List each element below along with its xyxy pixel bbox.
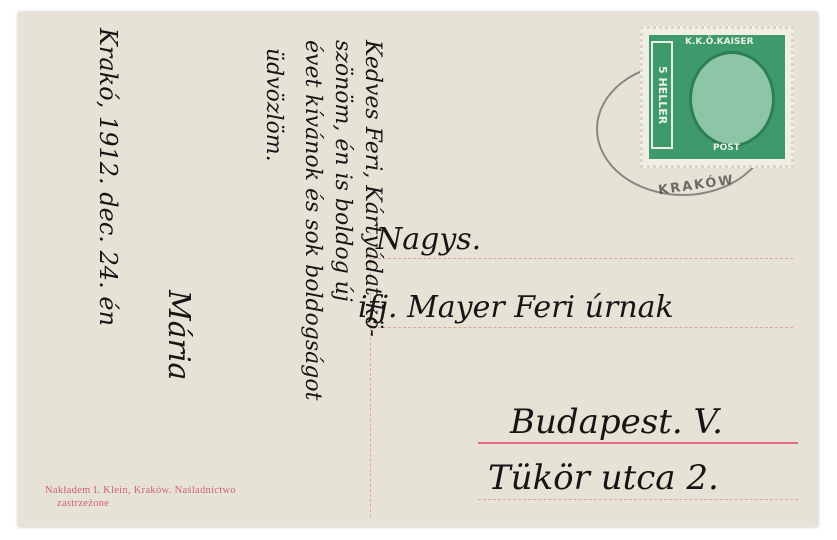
address-line-4: Tükör utca 2.	[488, 458, 719, 498]
stamp-portrait-icon	[689, 51, 775, 147]
publisher-imprint: Nakładem I. Klein, Kraków. Naśladnictwo …	[45, 484, 236, 510]
imprint-line-2: zastrzeżone	[45, 497, 236, 510]
address-rule-2	[373, 327, 793, 328]
stamp-face: 5 HELLER K.K.Ö.KAISER POST	[649, 35, 785, 159]
address-rule-4	[478, 499, 798, 500]
message-line-2: szönöm, én is boldog új	[330, 40, 355, 302]
stamp-legend-bottom: POST	[713, 143, 740, 153]
stamp-legend-top: K.K.Ö.KAISER	[685, 37, 754, 47]
message-signature: Mária	[161, 290, 196, 380]
postage-stamp: 5 HELLER K.K.Ö.KAISER POST	[640, 26, 794, 168]
address-rule-1	[373, 258, 793, 259]
address-line-3: Budapest. V.	[510, 402, 723, 442]
address-line-2: ifj. Mayer Feri úrnak	[358, 290, 674, 325]
imprint-line-1: Nakładem I. Klein, Kraków. Naśladnictwo	[45, 485, 236, 496]
message-line-1: Kedves Feri, Kártyádat kö-	[360, 40, 385, 337]
message-dateline: Krakó, 1912. dec. 24. én	[94, 28, 122, 326]
address-line-1: Nagys.	[376, 222, 481, 257]
message-line-3: évet kívánok és sok boldogságot	[300, 40, 325, 400]
message-line-4: üdvözlöm.	[261, 48, 286, 162]
stamp-value: 5 HELLER	[651, 41, 673, 149]
address-rule-3	[478, 442, 798, 444]
